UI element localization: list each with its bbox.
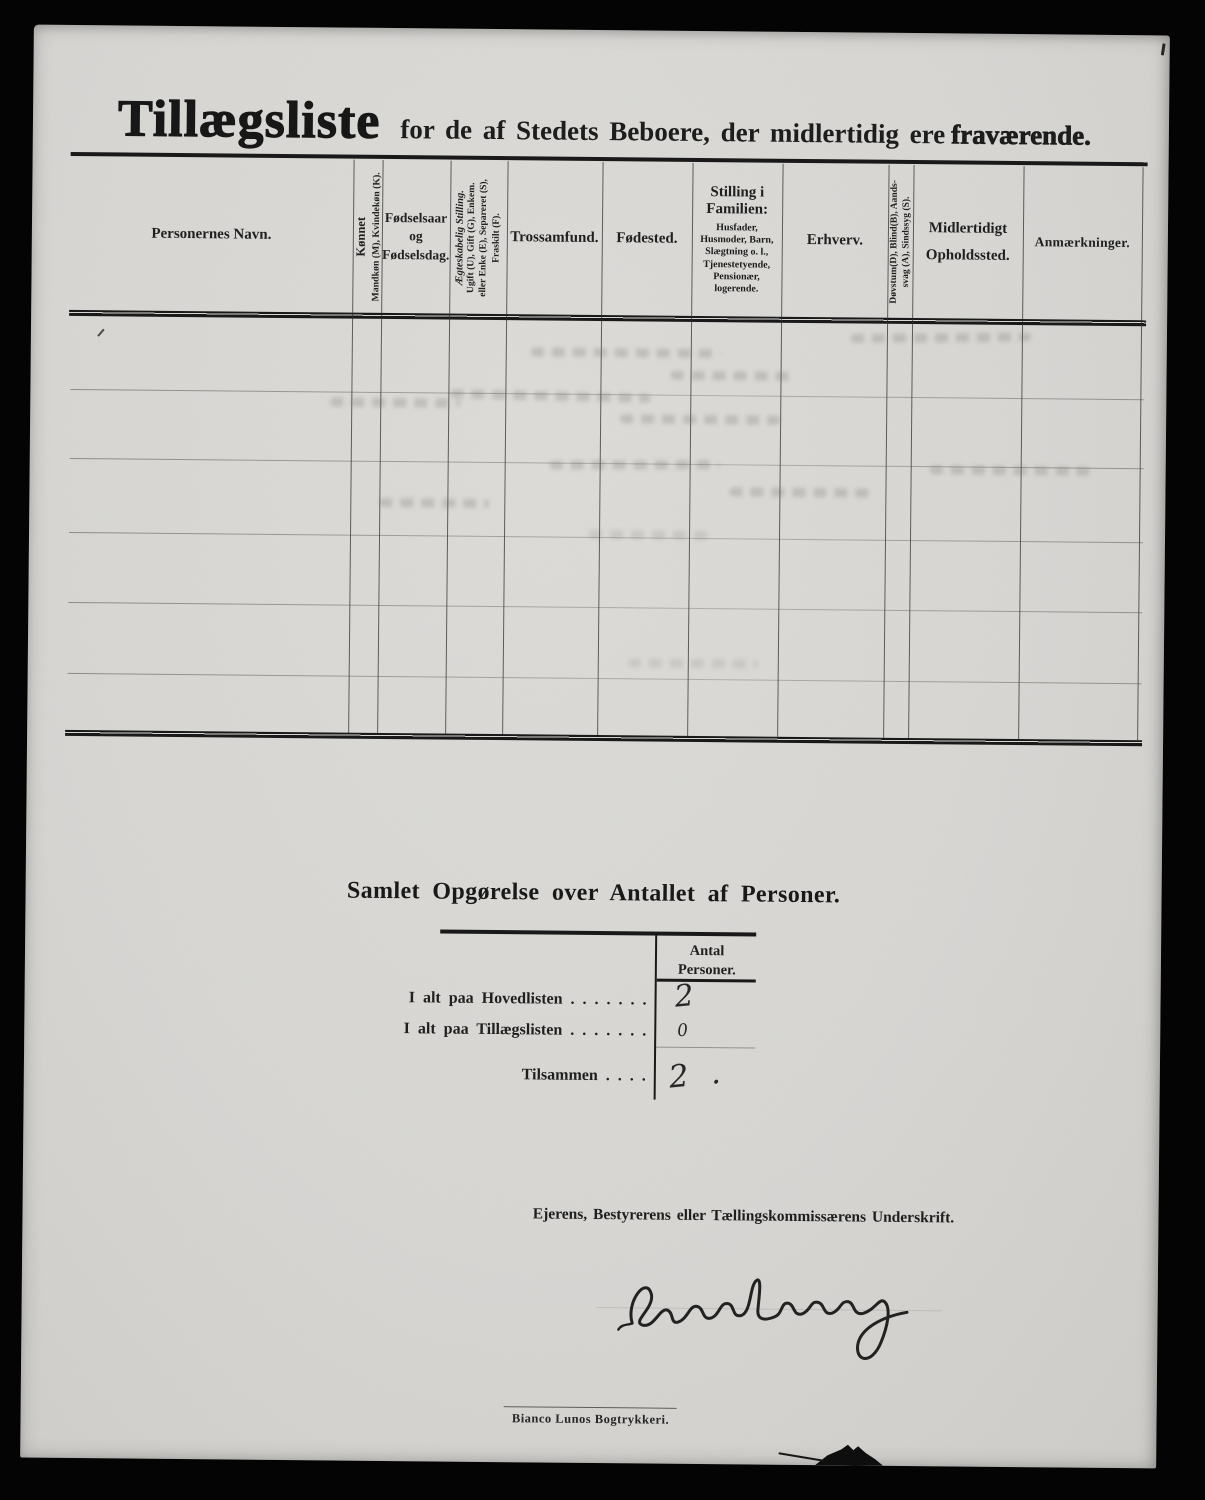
ink-blot bbox=[815, 1443, 883, 1466]
document-page: Tillægsliste for de af Stedets Beboere, … bbox=[20, 25, 1170, 1469]
bleedthrough-smudge bbox=[330, 397, 460, 407]
family-position-sub: Husfader, Husmoder, Barn, Slægtning o. l… bbox=[693, 222, 780, 296]
marital-status-title: Ægteskabelig Stilling. bbox=[454, 178, 466, 296]
summary-row-tillaegslisten-label: I alt paa Tillægslisten . . . . . . . bbox=[284, 1019, 646, 1040]
form-subtitle-emphasis: fraværende. bbox=[951, 119, 1091, 150]
bleedthrough-smudge bbox=[589, 530, 709, 540]
column-header-faith: Trossamfund. bbox=[506, 161, 602, 315]
bleedthrough-smudge bbox=[729, 487, 869, 497]
summary-heading: Samlet Opgørelse over Antallet af Person… bbox=[25, 875, 1161, 913]
signature-caption: Ejerens, Bestyrerens eller Tællingskommi… bbox=[443, 1205, 1043, 1229]
bleedthrough-smudge bbox=[671, 371, 791, 381]
bleedthrough-smudge bbox=[550, 460, 720, 469]
ink-blot-tail bbox=[778, 1452, 824, 1462]
scan-mark bbox=[97, 329, 104, 337]
summary-top-rule bbox=[440, 930, 756, 937]
summary-row-total-label: Tilsammen . . . . bbox=[284, 1064, 646, 1085]
summary-row-hovedlisten-value: 2 bbox=[673, 978, 695, 1015]
summary-row-total-value: 2 . bbox=[667, 1054, 728, 1095]
row-line bbox=[68, 602, 1142, 613]
summary-row-tillaegslisten-value: 0 bbox=[676, 1020, 689, 1041]
bleedthrough-smudge bbox=[851, 333, 1031, 343]
column-header-name: Personernes Navn. bbox=[69, 157, 353, 313]
family-position-title: Stilling i Familien: bbox=[694, 184, 780, 219]
form-subtitle: for de af Stedets Beboere, der midlertid… bbox=[400, 114, 1091, 152]
table-bottom-rule bbox=[65, 730, 1142, 746]
bleedthrough-smudge bbox=[628, 658, 758, 668]
column-header-birthdate: Fødselsaar og Fødselsdag. bbox=[381, 160, 450, 314]
bleedthrough-smudge bbox=[379, 498, 489, 508]
row-line bbox=[68, 673, 1142, 684]
column-header-marital-status: Ægteskabelig Stilling. Ugift (U), Gift (… bbox=[449, 161, 507, 315]
column-header-disability: Døvstum(D), Blind(B), Aands- svag (A), S… bbox=[887, 165, 913, 318]
column-header-sex-title: Kønnet bbox=[352, 172, 370, 301]
bleedthrough-smudge bbox=[620, 414, 780, 425]
column-header-remarks: Anmærkninger. bbox=[1022, 166, 1142, 320]
column-header-temporary-residence: Midlertidigt Opholdssted. bbox=[912, 165, 1023, 319]
column-header-sex: Kønnet Mandkøn (M), Kvindekøn (K). bbox=[352, 160, 382, 313]
scan-mark bbox=[1161, 43, 1166, 55]
marital-status-line4: Fraskilt (F). bbox=[490, 179, 504, 297]
form-title: Tillægsliste bbox=[118, 89, 381, 151]
summary-count-header-line1: Antal bbox=[657, 942, 757, 962]
summary-count-header: Antal Personer. bbox=[657, 942, 757, 981]
summary-row-hovedlisten-label: I alt paa Hovedlisten . . . . . . . bbox=[284, 988, 646, 1009]
scanner-background: Tillægsliste for de af Stedets Beboere, … bbox=[0, 0, 1205, 1500]
printer-rule bbox=[504, 1406, 677, 1409]
disability-line2: svag (A), Sindssyg (S). bbox=[900, 180, 914, 304]
column-header-occupation: Erhverv. bbox=[781, 164, 888, 318]
bleedthrough-smudge bbox=[930, 465, 1090, 476]
page-title: Tillægsliste for de af Stedets Beboere, … bbox=[118, 89, 1092, 157]
summary-header-rule bbox=[657, 979, 756, 983]
printer-imprint: Bianco Lunos Bogtrykkeri. bbox=[460, 1411, 720, 1428]
disability-line1: Døvstum(D), Blind(B), Aands- bbox=[887, 179, 901, 303]
marital-status-line2: Ugift (U), Gift (G), Enkem. bbox=[465, 178, 479, 296]
bleedthrough-smudge bbox=[531, 347, 721, 358]
marital-status-line3: eller Enke (E), Separeret (S), bbox=[477, 178, 491, 296]
form-subtitle-text: for de af Stedets Beboere, der midlertid… bbox=[400, 114, 945, 149]
column-header-family-position: Stilling i Familien: Husfader, Husmoder,… bbox=[691, 163, 782, 317]
summary-sum-line bbox=[656, 1047, 755, 1049]
column-header-birthplace: Fødested. bbox=[601, 162, 692, 316]
bleedthrough-smudge bbox=[450, 389, 650, 403]
summary-count-header-line2: Personer. bbox=[657, 960, 757, 980]
